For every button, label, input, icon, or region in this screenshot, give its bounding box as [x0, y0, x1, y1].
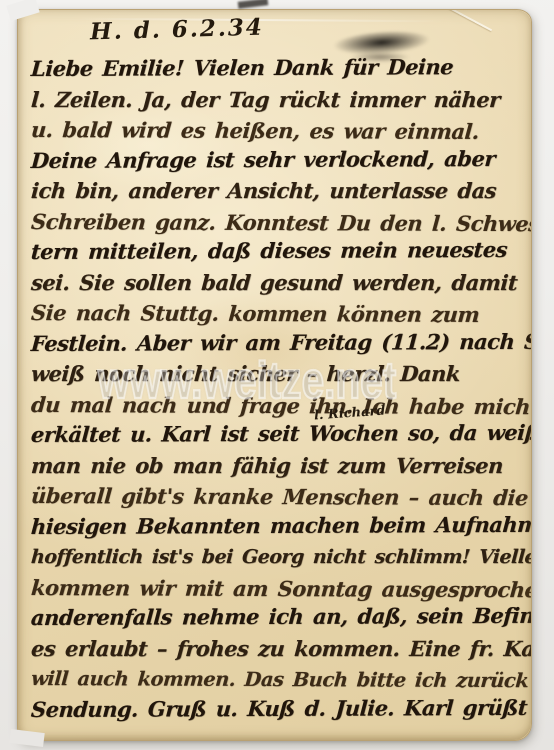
handwriting-line: Sendung. Gruß u. Kuß d. Julie. Karl grüß… — [30, 692, 530, 725]
stray-ink-mark — [238, 0, 269, 9]
handwriting-line: weiß noch nicht sicher – herzl. Dank — [30, 359, 530, 390]
handwriting-line: hiesigen Bekannten machen beim Aufnahmen — [30, 509, 530, 542]
handwriting-line: hoffentlich ist's bei Georg nicht schlim… — [30, 542, 530, 573]
postcard: H. d. 6.2.34 Liebe Emilie! Vielen Dank f… — [17, 9, 532, 741]
handwriting-line: Sie nach Stuttg. kommen können zum — [30, 298, 530, 331]
handwriting-line: erkältet u. Karl ist seit Wochen so, da … — [30, 418, 530, 451]
handwriting-line: will auch kommen. Das Buch bitte ich zur… — [30, 664, 530, 697]
handwriting-line: es erlaubt – frohes zu kommen. Eine fr. … — [30, 634, 530, 665]
handwriting-line: u. bald wird es heißen, es war einmal. — [30, 115, 530, 148]
handwriting-line: sei. Sie sollen bald gesund werden, dami… — [30, 268, 530, 299]
handwriting-line: überall gibt's kranke Menschen – auch di… — [30, 481, 530, 514]
worn-corner-bottom-left — [9, 729, 44, 747]
scanned-postcard-photo: H. d. 6.2.34 Liebe Emilie! Vielen Dank f… — [0, 0, 554, 750]
handwritten-date: H. d. 6.2.34 — [90, 14, 265, 46]
handwriting-line: Liebe Emilie! Vielen Dank für Deine — [30, 52, 530, 85]
handwriting-line: anderenfalls nehme ich an, daß, sein Bef… — [30, 601, 530, 634]
handwriting-line: ich bin, anderer Ansicht, unterlasse das — [30, 176, 530, 207]
handwriting-line: tern mitteilen, daß dieses mein neuestes — [30, 235, 530, 268]
handwriting-line: l. Zeilen. Ja, der Tag rückt immer näher — [30, 85, 530, 116]
handwriting-line: man nie ob man fähig ist zum Verreisen — [30, 451, 530, 482]
handwriting-line: Deine Anfrage ist sehr verlockend, aber — [30, 143, 530, 176]
handwriting-line: Festlein. Aber wir am Freitag (11.2) nac… — [30, 326, 530, 359]
handwriting-lines: Liebe Emilie! Vielen Dank für Deinel. Ze… — [30, 54, 528, 725]
